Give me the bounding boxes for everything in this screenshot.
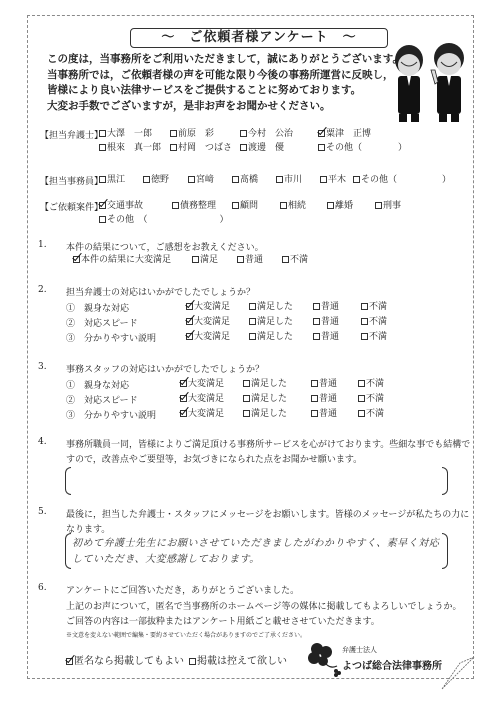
option-label: 不満 xyxy=(366,379,384,389)
option-label: 満足した xyxy=(251,379,287,389)
staff-option[interactable]: 宮﨑 xyxy=(188,174,214,186)
option-label: 大変満足 xyxy=(194,332,230,342)
case-option[interactable]: 刑事 xyxy=(375,200,401,212)
checkbox-checked[interactable] xyxy=(186,303,193,310)
option-label: 黒江 xyxy=(107,175,125,185)
q3-row-label: ② 対応スピード xyxy=(66,393,138,406)
question-text: 上記のお声について，匿名で当事務所のホームページ等の媒体に掲載してもよろしいでし… xyxy=(66,599,461,612)
lawyer-option[interactable]: 根來 真一郎 xyxy=(99,142,161,154)
question-number: 5. xyxy=(38,507,47,517)
q2-option[interactable]: 満足した xyxy=(249,301,293,313)
checkbox[interactable] xyxy=(361,318,368,325)
q6-option[interactable]: 掲載は控えて欲しい xyxy=(189,656,287,668)
checkbox[interactable] xyxy=(313,318,320,325)
checkbox[interactable] xyxy=(249,333,256,340)
option-label: 普通 xyxy=(245,255,263,265)
staff-option[interactable]: 平木 xyxy=(320,174,346,186)
q2-option[interactable]: 大変満足 xyxy=(186,301,230,313)
question-text: アンケートにご回答いただき，ありがとうございました。 xyxy=(66,583,299,596)
option-label: 不満 xyxy=(369,332,387,342)
answer-bracket-right xyxy=(442,467,448,495)
checkbox-checked[interactable] xyxy=(180,410,187,417)
q2-option[interactable]: 普通 xyxy=(313,316,339,328)
checkbox[interactable] xyxy=(170,130,177,137)
option-label: 債務整理 xyxy=(180,201,216,211)
option-label: 不満 xyxy=(369,317,387,327)
option-label: 匿名なら掲載してもよい xyxy=(74,656,184,667)
option-label: 宮﨑 xyxy=(196,175,214,185)
edit-note: ※文意を変えない範囲で編集・要約させていただく場合がありますのでご了承ください。 xyxy=(66,630,306,639)
q3-option[interactable]: 不満 xyxy=(358,378,384,390)
q3-option[interactable]: 普通 xyxy=(311,393,337,405)
checkbox[interactable] xyxy=(276,176,283,183)
q4-answer-field[interactable] xyxy=(74,474,434,490)
checkbox[interactable] xyxy=(361,333,368,340)
checkbox[interactable] xyxy=(249,303,256,310)
checkbox[interactable] xyxy=(318,144,325,151)
question-number: 3. xyxy=(38,362,47,372)
lawyer-option[interactable]: 今村 公治 xyxy=(240,128,293,140)
staff-option[interactable]: 徳野 xyxy=(143,174,169,186)
q3-option[interactable]: 大変満足 xyxy=(180,408,224,420)
option-label: 離婚 xyxy=(335,201,353,211)
q2-option[interactable]: 満足した xyxy=(249,316,293,328)
q3-row-label: ③ 分かりやすい説明 xyxy=(66,408,156,421)
staff-option[interactable]: 髙橋 xyxy=(232,174,258,186)
answer-bracket-left xyxy=(65,467,71,495)
question-text: 事務スタッフの対応はいかがでしたでしょうか？ xyxy=(66,362,264,375)
option-label: 普通 xyxy=(319,409,337,419)
intro-line: この度は，当事務所をご利用いただきまして，誠にありがとうございます。 xyxy=(47,52,403,68)
mascot-illustration-icon xyxy=(387,38,477,128)
q2-row-label: ① 親身な対応 xyxy=(66,301,129,314)
option-label: 大変満足 xyxy=(188,409,224,419)
intro-line: 皆様により良い法律サービスをご提供することに努めております。 xyxy=(47,83,403,99)
option-label: 不満 xyxy=(366,409,384,419)
intro-line: 大変お手数でございますが，是非お声をお聞かせください。 xyxy=(47,99,403,115)
staff-option[interactable]: 市川 xyxy=(276,174,302,186)
checkbox[interactable] xyxy=(311,380,318,387)
checkbox[interactable] xyxy=(243,395,250,402)
checkbox-checked[interactable] xyxy=(318,130,325,137)
option-label: 掲載は控えて欲しい xyxy=(197,656,287,667)
lawyer-option[interactable]: 粟津 正博 xyxy=(318,128,371,140)
question-number: 4. xyxy=(38,437,47,447)
checkbox[interactable] xyxy=(243,410,250,417)
question-text: ご回答の内容は一部抜粋またはアンケート用紙ごと載せさせていただきます。 xyxy=(66,614,380,627)
q3-row-label: ① 親身な対応 xyxy=(66,378,129,391)
checkbox[interactable] xyxy=(327,202,334,209)
q6-option[interactable]: 匿名なら掲載してもよい xyxy=(66,656,184,668)
checkbox[interactable] xyxy=(232,202,239,209)
option-label: 普通 xyxy=(319,379,337,389)
option-label: 満足した xyxy=(251,409,287,419)
lawyer-option[interactable]: 前原 彩 xyxy=(170,128,214,140)
checkbox[interactable] xyxy=(99,130,106,137)
option-label: その他（ ） xyxy=(326,143,407,153)
checkbox-checked[interactable] xyxy=(99,202,106,209)
option-label: 渡邊 優 xyxy=(248,143,284,153)
q3-option[interactable]: 不満 xyxy=(358,408,384,420)
question-number: 1. xyxy=(38,240,47,250)
question-number: 2. xyxy=(38,285,47,295)
lawyer-option[interactable]: 村岡 つばさ xyxy=(170,142,232,154)
staff-option-other[interactable]: その他（ ） xyxy=(353,174,451,186)
option-label: 不満 xyxy=(366,394,384,404)
checkbox[interactable] xyxy=(375,202,382,209)
checkbox[interactable] xyxy=(243,380,250,387)
q2-option[interactable]: 大変満足 xyxy=(186,316,230,328)
option-label: 大変満足 xyxy=(194,317,230,327)
case-option[interactable]: 債務整理 xyxy=(172,200,216,212)
option-label: 普通 xyxy=(321,302,339,312)
checkbox-checked[interactable] xyxy=(180,395,187,402)
checkbox-checked[interactable] xyxy=(180,380,187,387)
case-option[interactable]: 離婚 xyxy=(327,200,353,212)
checkbox[interactable] xyxy=(188,176,195,183)
option-label: 満足した xyxy=(257,302,293,312)
checkbox[interactable] xyxy=(311,395,318,402)
q3-option[interactable]: 満足した xyxy=(243,378,287,390)
checkbox[interactable] xyxy=(320,176,327,183)
q2-option[interactable]: 普通 xyxy=(313,301,339,313)
page-curl-icon xyxy=(440,655,476,691)
q2-option[interactable]: 不満 xyxy=(361,316,387,328)
brand-name: よつば総合法律事務所 xyxy=(342,657,442,672)
q2-option[interactable]: 満足した xyxy=(249,331,293,343)
option-label: 根來 真一郎 xyxy=(107,143,161,153)
q3-option[interactable]: 満足した xyxy=(243,408,287,420)
q2-option[interactable]: 大変満足 xyxy=(186,331,230,343)
option-label: 髙橋 xyxy=(240,175,258,185)
option-label: 大変満足 xyxy=(188,394,224,404)
lawyers-label: 【担当弁護士】 xyxy=(40,128,103,141)
q3-option[interactable]: 不満 xyxy=(358,393,384,405)
question-text: すので，改善点やご要望等，お気づきになられた点をお聞かせ願います。 xyxy=(66,452,362,465)
checkbox[interactable] xyxy=(240,144,247,151)
option-label: 普通 xyxy=(319,394,337,404)
q3-option[interactable]: 普通 xyxy=(311,378,337,390)
option-label: 村岡 つばさ xyxy=(178,143,232,153)
checkbox[interactable] xyxy=(313,333,320,340)
option-label: 前原 彩 xyxy=(178,129,214,139)
option-label: 大変満足 xyxy=(188,379,224,389)
question-text: 担当弁護士の対応はいかがでしたでしょうか？ xyxy=(66,285,255,298)
q2-row-label: ② 対応スピード xyxy=(66,316,138,329)
checkbox[interactable] xyxy=(237,256,244,263)
q1-option[interactable]: 満足 xyxy=(192,254,218,266)
intro-text: この度は，当事務所をご利用いただきまして，誠にありがとうございます。 当事務所で… xyxy=(47,52,403,114)
checkbox-checked[interactable] xyxy=(66,658,73,665)
answer-bracket-right xyxy=(442,533,448,569)
intro-line: 当事務所では，ご依頼者様の声を可能な限り今後の事務所運営に反映し， xyxy=(47,68,403,84)
q3-option[interactable]: 普通 xyxy=(311,408,337,420)
q1-option[interactable]: 普通 xyxy=(237,254,263,266)
checkbox[interactable] xyxy=(313,303,320,310)
checkbox-checked[interactable] xyxy=(186,318,193,325)
page-title: 〜 ご依頼者様アンケート 〜 xyxy=(130,28,388,48)
staff-option[interactable]: 黒江 xyxy=(99,174,125,186)
option-label: 満足した xyxy=(257,317,293,327)
checkbox[interactable] xyxy=(358,410,365,417)
option-label: 交通事故 xyxy=(107,201,143,211)
case-type-label: 【ご依頼案件】 xyxy=(40,200,103,213)
option-label: 粟津 正博 xyxy=(326,129,371,139)
lawyer-option[interactable]: 渡邊 優 xyxy=(240,142,284,154)
checkbox[interactable] xyxy=(172,202,179,209)
checkbox[interactable] xyxy=(353,176,360,183)
checkbox[interactable] xyxy=(282,256,289,263)
checkbox[interactable] xyxy=(232,176,239,183)
option-label: 市川 xyxy=(284,175,302,185)
option-label: 普通 xyxy=(321,332,339,342)
question-text: 本件の結果について，ご感想をお教えください。 xyxy=(66,240,264,253)
staff-label: 【担当事務員】 xyxy=(40,174,103,187)
q1-option[interactable]: 不満 xyxy=(282,254,308,266)
checkbox[interactable] xyxy=(99,176,106,183)
checkbox[interactable] xyxy=(240,130,247,137)
option-label: 顧問 xyxy=(240,201,258,211)
checkbox[interactable] xyxy=(143,176,150,183)
case-option-other[interactable]: その他 （ ） xyxy=(99,214,229,226)
q3-option[interactable]: 大変満足 xyxy=(180,393,224,405)
answer-bracket-left xyxy=(65,533,71,569)
option-label: その他（ ） xyxy=(361,175,451,185)
q2-option[interactable]: 不満 xyxy=(361,331,387,343)
checkbox-checked[interactable] xyxy=(73,256,80,263)
option-label: 本件の結果に大変満足 xyxy=(81,255,171,265)
checkbox[interactable] xyxy=(99,216,106,223)
option-label: 刑事 xyxy=(383,201,401,211)
q3-option[interactable]: 満足した xyxy=(243,393,287,405)
option-label: その他 （ ） xyxy=(107,215,229,225)
brand-subtitle: 弁護士法人 xyxy=(342,645,377,655)
option-label: 満足 xyxy=(200,255,218,265)
option-label: 徳野 xyxy=(151,175,169,185)
q5-answer-line[interactable]: 初めて弁護士先生にお願いさせていただきましたがわかりやすく、素早く対応 xyxy=(72,534,439,549)
q2-option[interactable]: 普通 xyxy=(313,331,339,343)
checkbox[interactable] xyxy=(280,202,287,209)
q1-option[interactable]: 本件の結果に大変満足 xyxy=(73,254,171,266)
checkbox[interactable] xyxy=(192,256,199,263)
lawyer-option[interactable]: 大澤 一郎 xyxy=(99,128,152,140)
checkbox[interactable] xyxy=(358,395,365,402)
case-option[interactable]: 相続 xyxy=(280,200,306,212)
checkbox[interactable] xyxy=(361,303,368,310)
checkbox[interactable] xyxy=(311,410,318,417)
checkbox[interactable] xyxy=(99,144,106,151)
checkbox[interactable] xyxy=(358,380,365,387)
q2-option[interactable]: 不満 xyxy=(361,301,387,313)
option-label: 満足した xyxy=(257,332,293,342)
option-label: 不満 xyxy=(369,302,387,312)
q5-answer-line[interactable]: していただき、大変感謝しております。 xyxy=(72,550,260,565)
option-label: 相続 xyxy=(288,201,306,211)
case-option[interactable]: 交通事故 xyxy=(99,200,143,212)
option-label: 大澤 一郎 xyxy=(107,129,152,139)
checkbox[interactable] xyxy=(189,658,196,665)
option-label: 大変満足 xyxy=(194,302,230,312)
q2-row-label: ③ 分かりやすい説明 xyxy=(66,331,156,344)
question-text: 事務所職員一同，皆様によりご満足頂ける事務所サービスを心がけております。些細な事… xyxy=(66,437,470,450)
checkbox[interactable] xyxy=(249,318,256,325)
question-text: 最後に，担当した弁護士・スタッフにメッセージをお願いします。皆様のメッセージが私… xyxy=(66,507,469,520)
q3-option[interactable]: 大変満足 xyxy=(180,378,224,390)
lawyer-option-other[interactable]: その他（ ） xyxy=(318,142,407,154)
option-label: 普通 xyxy=(321,317,339,327)
checkbox-checked[interactable] xyxy=(186,333,193,340)
case-option[interactable]: 顧問 xyxy=(232,200,258,212)
clover-logo-icon xyxy=(305,640,345,680)
question-number: 6. xyxy=(38,583,47,593)
option-label: 満足した xyxy=(251,394,287,404)
option-label: 今村 公治 xyxy=(248,129,293,139)
option-label: 不満 xyxy=(290,255,308,265)
checkbox[interactable] xyxy=(170,144,177,151)
option-label: 平木 xyxy=(328,175,346,185)
